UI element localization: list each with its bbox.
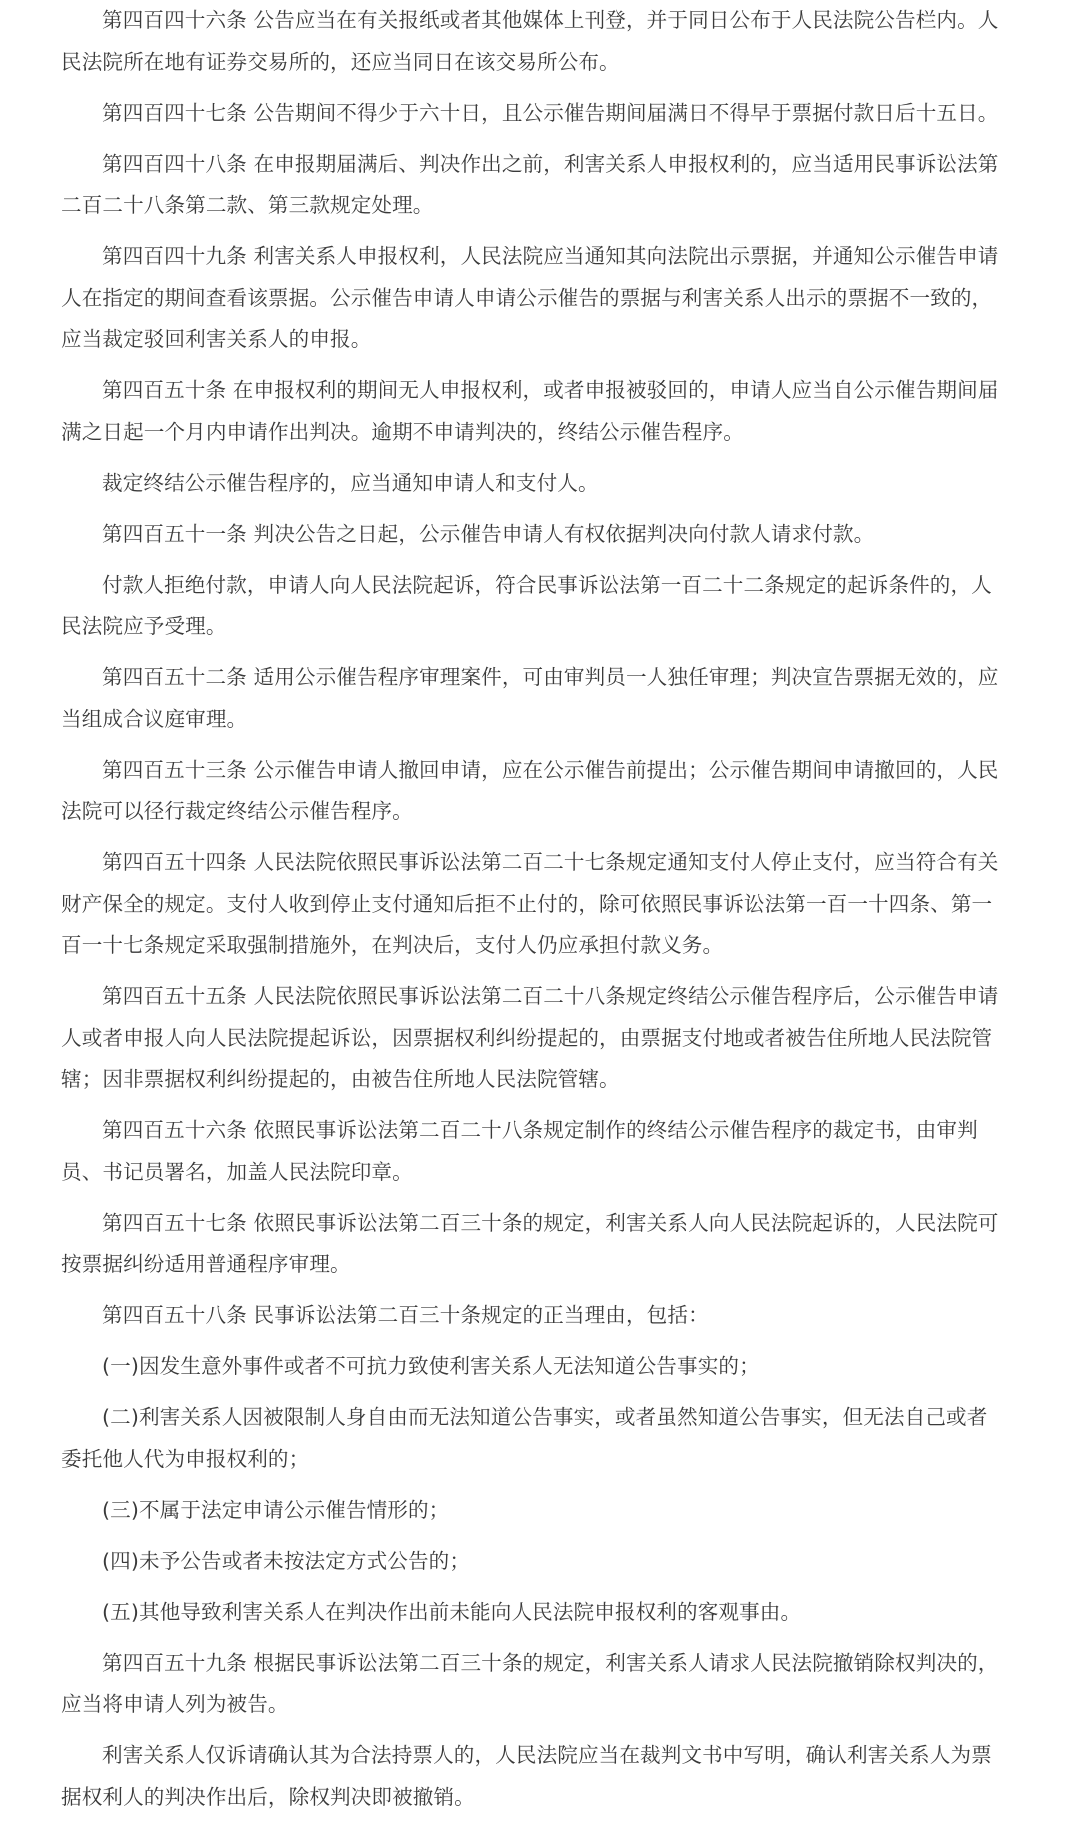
- paragraph-line: 满之日起一个月内申请作出判决。逾期不申请判决的，终结公示催告程序。: [61, 412, 1031, 454]
- paragraph-line: 民法院所在地有证券交易所的，还应当同日在该交易所公布。: [61, 42, 1031, 84]
- paragraph-art-458-2: (二)利害关系人因被限制人身自由而无法知道公告事实，或者虽然知道公告事实，但无法…: [61, 1397, 1031, 1480]
- paragraph-line: 法院可以径行裁定终结公示催告程序。: [61, 791, 1031, 833]
- paragraph-art-458-5: (五)其他导致利害关系人在判决作出前未能向人民法院申报权利的客观事由。: [61, 1592, 1031, 1634]
- paragraph-line: 第四百五十四条 人民法院依照民事诉讼法第二百二十七条规定通知支付人停止支付，应当…: [61, 842, 1031, 884]
- paragraph-art-459-p2: 利害关系人仅诉请确认其为合法持票人的，人民法院应当在裁判文书中写明，确认利害关系…: [61, 1735, 1031, 1818]
- paragraph-art-448: 第四百四十八条 在申报期届满后、判决作出之前，利害关系人申报权利的，应当适用民事…: [61, 144, 1031, 227]
- paragraph-line: 应当裁定驳回利害关系人的申报。: [61, 319, 1031, 361]
- paragraph-art-452: 第四百五十二条 适用公示催告程序审理案件，可由审判员一人独任审理；判决宣告票据无…: [61, 657, 1031, 740]
- paragraph-line: 委托他人代为申报权利的；: [61, 1439, 1031, 1481]
- paragraph-line: 第四百四十七条 公告期间不得少于六十日，且公示催告期间届满日不得早于票据付款日后…: [61, 93, 1031, 135]
- paragraph-art-458: 第四百五十八条 民事诉讼法第二百三十条规定的正当理由，包括：: [61, 1295, 1031, 1337]
- paragraph-line: 按票据纠纷适用普通程序审理。: [61, 1244, 1031, 1286]
- paragraph-art-458-3: (三)不属于法定申请公示催告情形的；: [61, 1490, 1031, 1532]
- paragraph-line: 民法院应予受理。: [61, 606, 1031, 648]
- paragraph-line: 百一十七条规定采取强制措施外，在判决后，支付人仍应承担付款义务。: [61, 925, 1031, 967]
- paragraph-line: 辖；因非票据权利纠纷提起的，由被告住所地人民法院管辖。: [61, 1059, 1031, 1101]
- paragraph-art-458-1: (一)因发生意外事件或者不可抗力致使利害关系人无法知道公告事实的；: [61, 1346, 1031, 1388]
- paragraph-art-450-p2: 裁定终结公示催告程序的，应当通知申请人和支付人。: [61, 463, 1031, 505]
- paragraph-art-458-4: (四)未予公告或者未按法定方式公告的；: [61, 1541, 1031, 1583]
- paragraph-line: 应当将申请人列为被告。: [61, 1684, 1031, 1726]
- paragraph-line: 当组成合议庭审理。: [61, 699, 1031, 741]
- paragraph-art-450: 第四百五十条 在申报权利的期间无人申报权利，或者申报被驳回的，申请人应当自公示催…: [61, 370, 1031, 453]
- paragraph-line: (四)未予公告或者未按法定方式公告的；: [61, 1541, 1031, 1583]
- paragraph-line: 付款人拒绝付款，申请人向人民法院起诉，符合民事诉讼法第一百二十二条规定的起诉条件…: [61, 565, 1031, 607]
- paragraph-line: 第四百五十七条 依照民事诉讼法第二百三十条的规定，利害关系人向人民法院起诉的，人…: [61, 1203, 1031, 1245]
- paragraph-line: 第四百五十九条 根据民事诉讼法第二百三十条的规定，利害关系人请求人民法院撤销除权…: [61, 1643, 1031, 1685]
- paragraph-art-459: 第四百五十九条 根据民事诉讼法第二百三十条的规定，利害关系人请求人民法院撤销除权…: [61, 1643, 1031, 1726]
- paragraph-line: 第四百五十一条 判决公告之日起，公示催告申请人有权依据判决向付款人请求付款。: [61, 514, 1031, 556]
- paragraph-line: 第四百五十三条 公示催告申请人撤回申请，应在公示催告前提出；公示催告期间申请撤回…: [61, 750, 1031, 792]
- paragraph-line: 裁定终结公示催告程序的，应当通知申请人和支付人。: [61, 463, 1031, 505]
- paragraph-art-449: 第四百四十九条 利害关系人申报权利，人民法院应当通知其向法院出示票据，并通知公示…: [61, 236, 1031, 361]
- paragraph-line: 第四百五十二条 适用公示催告程序审理案件，可由审判员一人独任审理；判决宣告票据无…: [61, 657, 1031, 699]
- paragraph-art-451: 第四百五十一条 判决公告之日起，公示催告申请人有权依据判决向付款人请求付款。: [61, 514, 1031, 556]
- paragraph-art-451-p2: 付款人拒绝付款，申请人向人民法院起诉，符合民事诉讼法第一百二十二条规定的起诉条件…: [61, 565, 1031, 648]
- paragraph-line: 第四百五十六条 依照民事诉讼法第二百二十八条规定制作的终结公示催告程序的裁定书，…: [61, 1110, 1031, 1152]
- paragraph-line: (一)因发生意外事件或者不可抗力致使利害关系人无法知道公告事实的；: [61, 1346, 1031, 1388]
- paragraph-art-455: 第四百五十五条 人民法院依照民事诉讼法第二百二十八条规定终结公示催告程序后，公示…: [61, 976, 1031, 1101]
- paragraph-line: 第四百五十条 在申报权利的期间无人申报权利，或者申报被驳回的，申请人应当自公示催…: [61, 370, 1031, 412]
- paragraph-line: (三)不属于法定申请公示催告情形的；: [61, 1490, 1031, 1532]
- paragraph-line: 第四百五十五条 人民法院依照民事诉讼法第二百二十八条规定终结公示催告程序后，公示…: [61, 976, 1031, 1018]
- paragraph-line: 第四百四十九条 利害关系人申报权利，人民法院应当通知其向法院出示票据，并通知公示…: [61, 236, 1031, 278]
- paragraph-line: 利害关系人仅诉请确认其为合法持票人的，人民法院应当在裁判文书中写明，确认利害关系…: [61, 1735, 1031, 1777]
- paragraph-art-457: 第四百五十七条 依照民事诉讼法第二百三十条的规定，利害关系人向人民法院起诉的，人…: [61, 1203, 1031, 1286]
- paragraph-line: 财产保全的规定。支付人收到停止支付通知后拒不止付的，除可依照民事诉讼法第一百一十…: [61, 884, 1031, 926]
- paragraph-art-454: 第四百五十四条 人民法院依照民事诉讼法第二百二十七条规定通知支付人停止支付，应当…: [61, 842, 1031, 967]
- paragraph-line: 员、书记员署名，加盖人民法院印章。: [61, 1152, 1031, 1194]
- paragraph-line: 人或者申报人向人民法院提起诉讼，因票据权利纠纷提起的，由票据支付地或者被告住所地…: [61, 1018, 1031, 1060]
- paragraph-line: 第四百五十八条 民事诉讼法第二百三十条规定的正当理由，包括：: [61, 1295, 1031, 1337]
- paragraph-art-447: 第四百四十七条 公告期间不得少于六十日，且公示催告期间届满日不得早于票据付款日后…: [61, 93, 1031, 135]
- paragraph-line: 第四百四十六条 公告应当在有关报纸或者其他媒体上刊登，并于同日公布于人民法院公告…: [61, 0, 1031, 42]
- paragraph-line: 人在指定的期间查看该票据。公示催告申请人申请公示催告的票据与利害关系人出示的票据…: [61, 278, 1031, 320]
- paragraph-line: (二)利害关系人因被限制人身自由而无法知道公告事实，或者虽然知道公告事实，但无法…: [61, 1397, 1031, 1439]
- paragraph-line: 第四百四十八条 在申报期届满后、判决作出之前，利害关系人申报权利的，应当适用民事…: [61, 144, 1031, 186]
- paragraph-line: 二百二十八条第二款、第三款规定处理。: [61, 185, 1031, 227]
- paragraph-art-453: 第四百五十三条 公示催告申请人撤回申请，应在公示催告前提出；公示催告期间申请撤回…: [61, 750, 1031, 833]
- paragraph-art-446: 第四百四十六条 公告应当在有关报纸或者其他媒体上刊登，并于同日公布于人民法院公告…: [61, 0, 1031, 83]
- paragraph-line: (五)其他导致利害关系人在判决作出前未能向人民法院申报权利的客观事由。: [61, 1592, 1031, 1634]
- paragraph-art-456: 第四百五十六条 依照民事诉讼法第二百二十八条规定制作的终结公示催告程序的裁定书，…: [61, 1110, 1031, 1193]
- document-body: 第四百四十六条 公告应当在有关报纸或者其他媒体上刊登，并于同日公布于人民法院公告…: [0, 0, 1031, 1818]
- paragraph-line: 据权利人的判决作出后，除权判决即被撤销。: [61, 1777, 1031, 1819]
